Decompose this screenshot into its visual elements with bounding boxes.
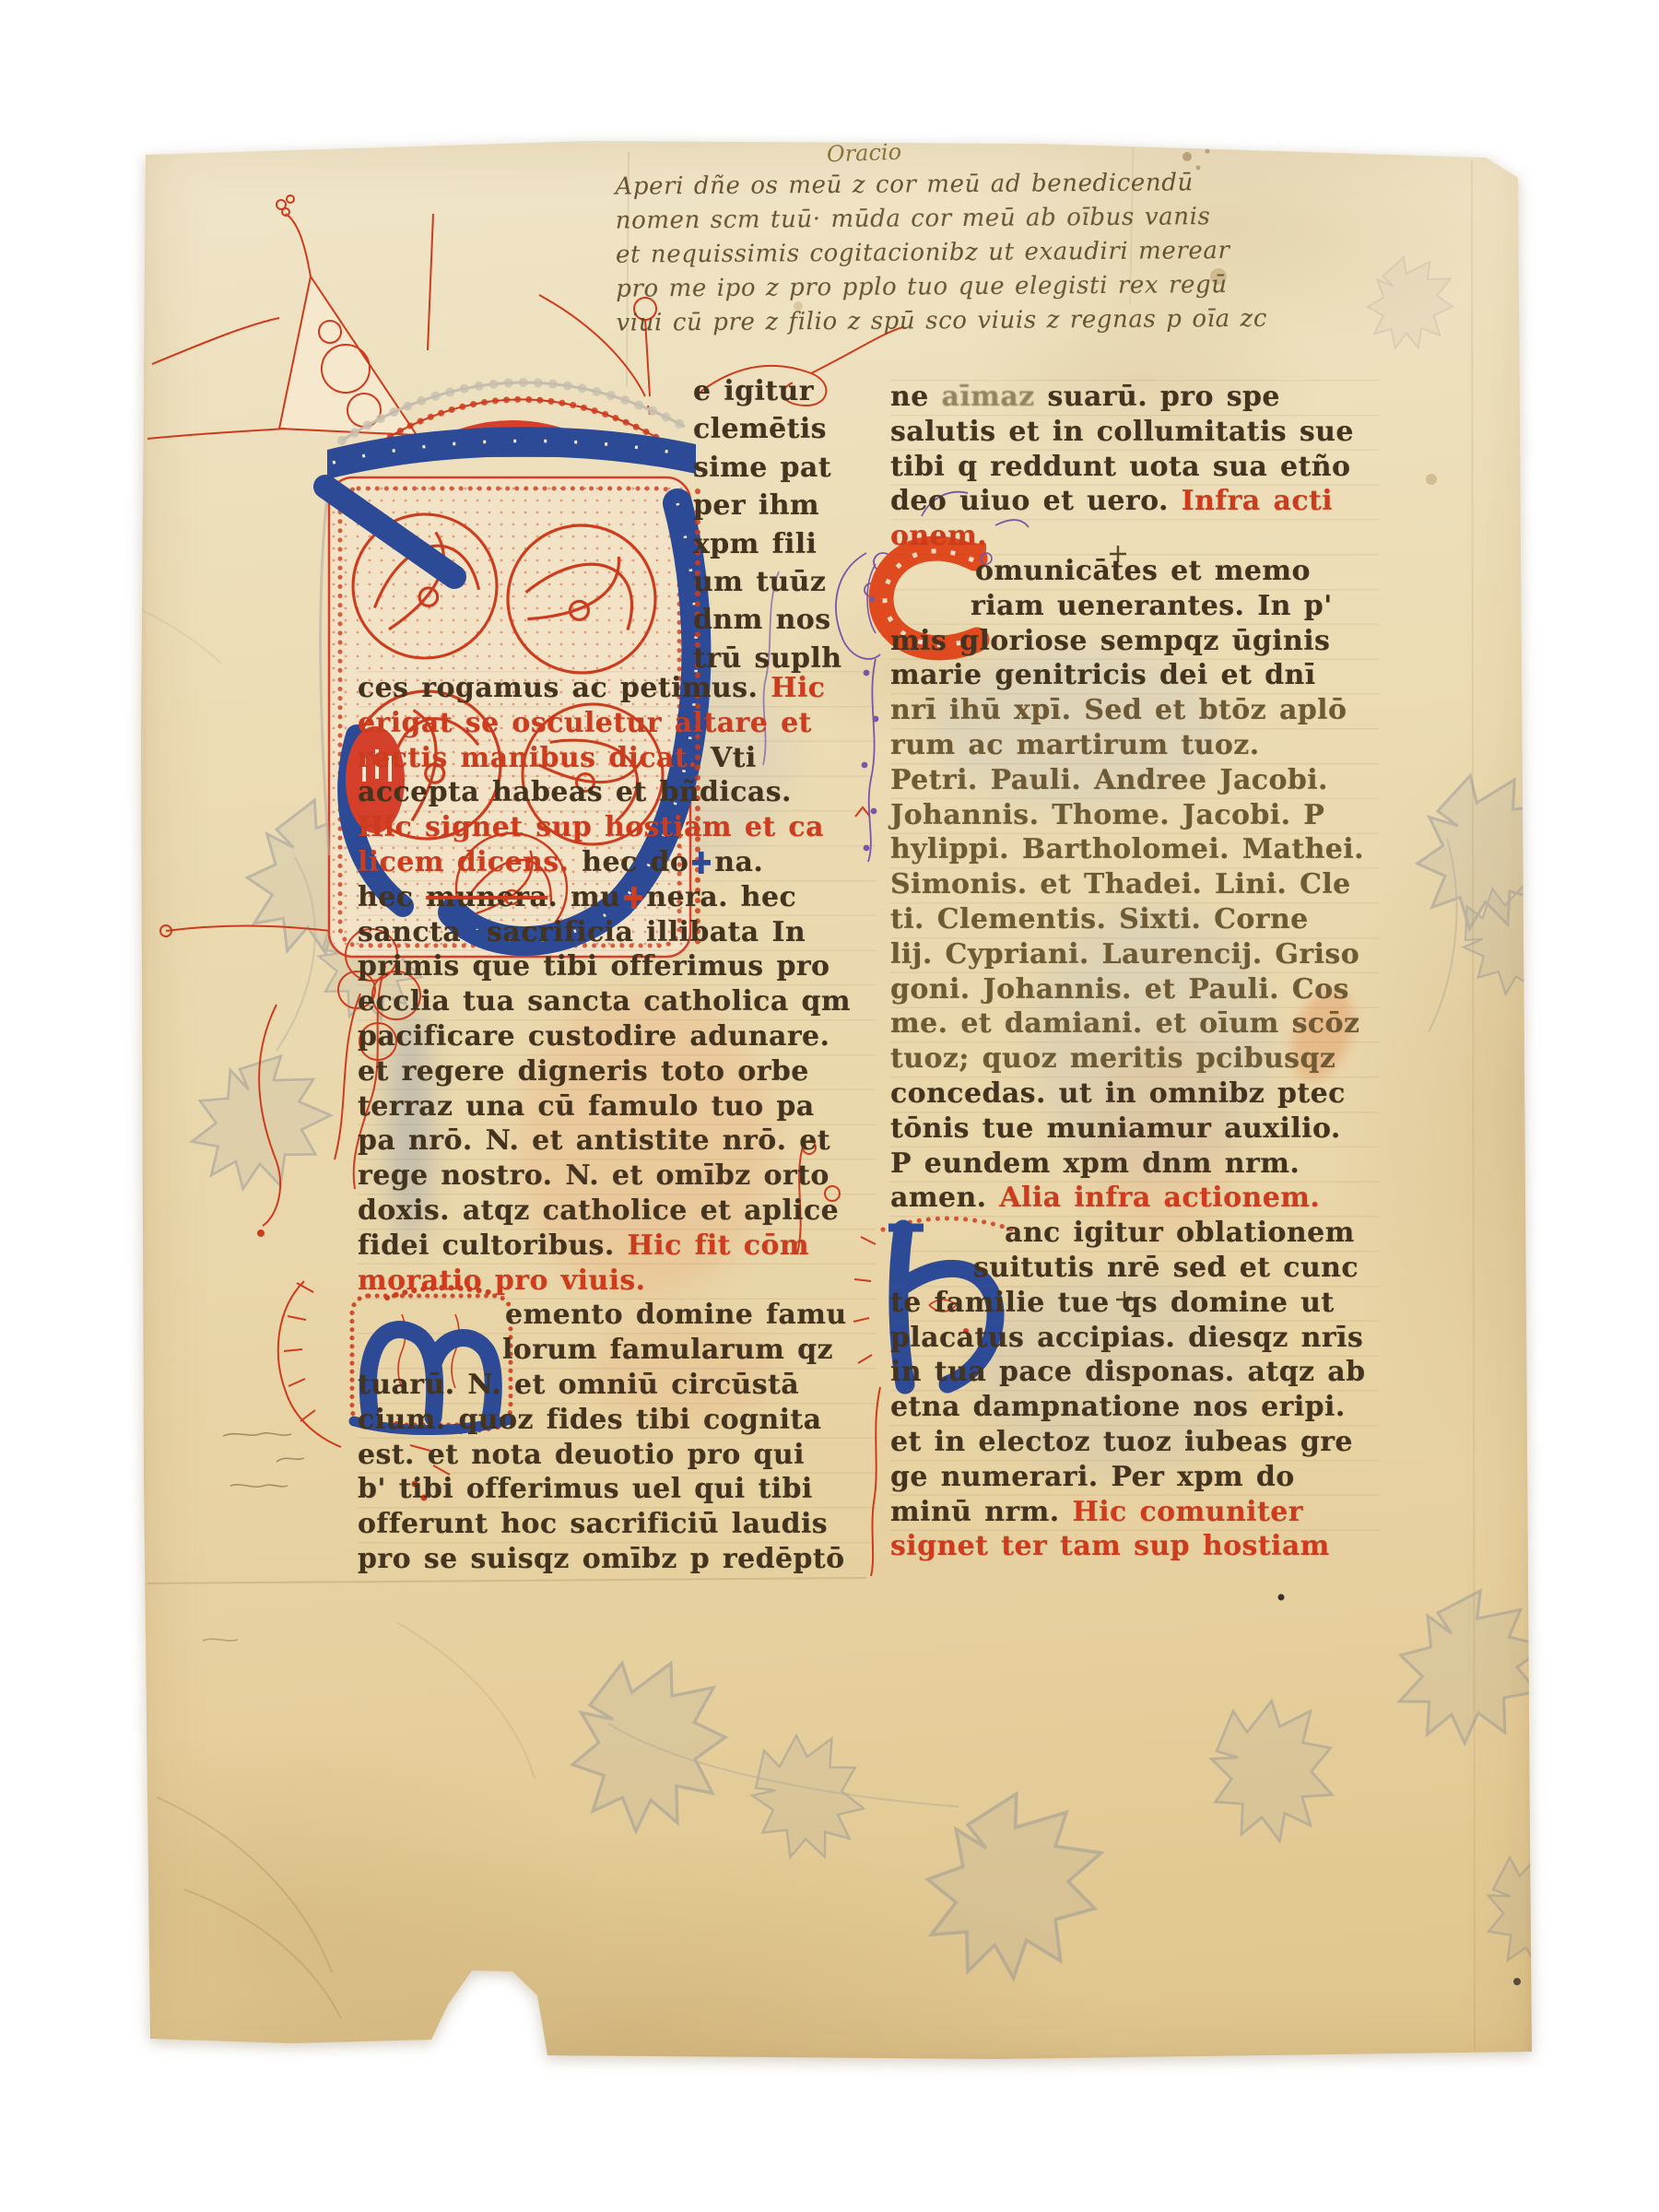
text-segment: tuarū. N. et omniū circūstā — [358, 1369, 799, 1401]
text-segment: suitutis nrē sed et cunc — [973, 1252, 1359, 1284]
text-line: emento domine famu — [358, 1298, 876, 1333]
text-line: clemētis — [693, 410, 876, 448]
leaf-shadow-wrap: Oracio Aperi dñe os meū z cor meū ad ben… — [0, 0, 1659, 2212]
text-segment: Hic comuniter — [1072, 1496, 1302, 1528]
text-line: suitutis nrē sed et cunc — [890, 1251, 1379, 1286]
text-segment: tōnis tue muniamur auxilio. — [890, 1112, 1341, 1145]
right-text-column: ne aīmaz suarū. pro spesalutis et in col… — [890, 380, 1379, 1564]
text-line: anc igitur oblationem — [890, 1216, 1379, 1251]
text-line: nrī ihū xpī. Sed et btōz aplō — [890, 693, 1379, 728]
text-line: amen. Alia infra actionem. — [890, 1181, 1379, 1216]
text-line: et regere digneris toto orbe — [358, 1054, 876, 1089]
text-segment: Alia infra actionem. — [999, 1182, 1320, 1214]
text-segment: pro se suisqz omībz p redēptō — [358, 1543, 845, 1575]
text-segment: moratio pro viuis. — [358, 1265, 646, 1297]
text-line: offerunt hoc sacrificiū laudis — [358, 1507, 876, 1542]
text-segment: hylippi. Bartholomei. Mathei. — [890, 833, 1364, 865]
text-segment: ne — [890, 381, 942, 413]
text-segment: ecclia tua sancta catholica qm — [358, 985, 851, 1018]
text-line: riam uenerantes. In p' — [890, 589, 1379, 624]
text-segment: etna dampnatione nos eripi. — [890, 1391, 1346, 1423]
text-segment: omunicātes et memo — [975, 555, 1311, 587]
text-segment: tibi q reddunt uota sua etño — [890, 451, 1350, 483]
text-line: dnm nos — [693, 601, 876, 639]
text-segment: ces rogamus ac petimus. — [358, 672, 771, 704]
text-line: doxis. atqz catholice et aplice — [358, 1194, 876, 1229]
text-segment: goni. Johannis. et Pauli. Cos — [890, 973, 1349, 1006]
text-segment: lij. Cypriani. Laurencij. Griso — [890, 938, 1359, 971]
text-segment: et regere digneris toto orbe — [358, 1055, 809, 1088]
text-segment: te familie tue qs domine ut — [890, 1287, 1335, 1319]
text-segment: b' tibi offerimus uel qui tibi — [358, 1473, 813, 1505]
text-line: per ihm — [693, 487, 876, 524]
text-line: goni. Johannis. et Pauli. Cos — [890, 972, 1379, 1007]
text-line: Johannis. Thome. Jacobi. P — [890, 798, 1379, 833]
text-segment: sancta — [358, 916, 461, 948]
left-text-column: ces rogamus ac petimus. Hicerigat se osc… — [358, 671, 876, 1577]
text-line: mis gloriose sempqz ūginis — [890, 624, 1379, 659]
text-line: nomen scm tuū· mūda cor meū ab oībus van… — [616, 199, 1316, 238]
text-line: b' tibi offerimus uel qui tibi — [358, 1472, 876, 1507]
text-segment: rege nostro. N. et omībz orto — [358, 1159, 829, 1192]
text-line: licem dicens. hec dona. — [358, 845, 876, 880]
text-segment: accepta habeas et bñdicas. — [358, 776, 792, 808]
text-line: et in electoz tuoz iubeas gre — [890, 1425, 1379, 1460]
text-segment: amen. — [890, 1182, 999, 1214]
text-line: marie genitricis dei et dnī — [890, 658, 1379, 693]
text-line: ne aīmaz suarū. pro spe — [890, 380, 1379, 415]
text-line: et nequissimis cogitacionibz ut exaudiri… — [616, 233, 1316, 272]
text-line: deo uiuo et uero. Infra acti — [890, 484, 1379, 519]
text-segment: emento domine famu — [505, 1299, 847, 1331]
text-line: placatus accipias. diesqz nrīs — [890, 1321, 1379, 1356]
text-line: etna dampnatione nos eripi. — [890, 1390, 1379, 1425]
text-line: rectis manibus dicat. Vti — [358, 741, 876, 776]
text-line: viui cū pre z filio z spū sco viuis z re… — [616, 301, 1316, 340]
cross-sign-icon — [624, 887, 642, 909]
text-line: primis que tibi offerimus pro — [358, 949, 876, 984]
text-segment: nrī ihū xpī. Sed et btōz aplō — [890, 694, 1347, 726]
text-line: omunicātes et memo — [890, 554, 1379, 589]
text-line: ces rogamus ac petimus. Hic — [358, 671, 876, 706]
text-line: te familie tue qs domine ut — [890, 1286, 1379, 1321]
text-line: hylippi. Bartholomei. Mathei. — [890, 832, 1379, 867]
text-line: lij. Cypriani. Laurencij. Griso — [890, 937, 1379, 972]
text-segment: pro me ipo z pro pplo tuo que elegisti r… — [616, 271, 1228, 303]
text-segment: per ihm — [693, 489, 819, 522]
text-segment: in tua pace disponas. atqz ab — [890, 1356, 1365, 1388]
text-line: tuoz; quoz meritis pcibusqz — [890, 1041, 1379, 1077]
text-line: est. et nota deuotio pro qui — [358, 1438, 876, 1473]
text-segment: suarū. pro spe — [1035, 381, 1280, 413]
text-line: ti. Clementis. Sixti. Corne — [890, 902, 1379, 937]
text-line: pro me ipo z pro pplo tuo que elegisti r… — [616, 267, 1316, 306]
text-segment: primis que tibi offerimus pro — [358, 950, 829, 982]
text-line: terraz una cū famulo tuo pa — [358, 1089, 876, 1124]
text-line: sanctasacrificia illibata In — [358, 915, 876, 950]
text-segment: ti. Clementis. Sixti. Corne — [890, 903, 1309, 935]
text-segment: riam uenerantes. In p' — [971, 590, 1333, 622]
text-line: me. et damiani. et oīum scōz — [890, 1006, 1379, 1041]
text-segment: Simonis. et Thadei. Lini. Cle — [890, 868, 1351, 900]
text-segment: tuoz; quoz meritis pcibusqz — [890, 1042, 1335, 1075]
text-segment: trū suplh — [693, 642, 841, 675]
manuscript-leaf: Oracio Aperi dñe os meū z cor meū ad ben… — [138, 129, 1535, 2065]
text-segment: hec — [358, 881, 426, 913]
text-segment: onem. — [890, 520, 987, 552]
text-line: Petri. Pauli. Andree Jacobi. — [890, 763, 1379, 798]
text-line: tōnis tue muniamur auxilio. — [890, 1112, 1379, 1147]
text-line: pa nrō. N. et antistite nrō. et — [358, 1124, 876, 1159]
left-column-indent-text: e igiturclemētissime patper ihmxpm filiu… — [358, 372, 876, 677]
text-segment: sacrificia illibata In — [487, 916, 806, 948]
text-segment: minū nrm. — [890, 1496, 1072, 1528]
text-segment: me. et damiani. et oīum scōz — [890, 1007, 1359, 1040]
text-segment: clemētis — [693, 413, 827, 445]
text-segment: xpm fili — [693, 528, 817, 560]
text-segment: placatus accipias. diesqz nrīs — [890, 1322, 1363, 1354]
text-segment: Johannis. Thome. Jacobi. P — [890, 799, 1324, 831]
text-segment: munera — [426, 881, 547, 913]
text-line: erigat se osculetur altare et — [358, 706, 876, 741]
text-segment: Vti — [711, 742, 757, 774]
text-segment: viui cū pre z filio z spū sco viuis z re… — [616, 305, 1267, 337]
text-segment: um tuūz — [693, 566, 826, 598]
text-segment: rectis manibus dicat. — [358, 742, 711, 774]
text-line: Hic signet sup hostiam et ca — [358, 810, 876, 845]
text-segment: signet ter tam sup hostiam — [890, 1530, 1330, 1562]
text-segment: Infra acti — [1182, 485, 1333, 517]
marginal-gloss — [203, 1433, 304, 1641]
text-line: in tua pace disponas. atqz ab — [890, 1355, 1379, 1390]
text-segment: doxis. atqz catholice et aplice — [358, 1194, 839, 1227]
text-segment: Hic signet sup hostiam et ca — [358, 811, 824, 843]
text-segment: est. et nota deuotio pro qui — [358, 1439, 805, 1471]
text-segment: Hic fit cōm — [628, 1230, 809, 1262]
text-segment: pa nrō. N. et antistite nrō. et — [358, 1124, 830, 1157]
text-segment: nomen scm tuū· mūda cor meū ab oībus van… — [616, 203, 1211, 235]
text-segment: Hic — [771, 672, 825, 704]
text-segment: pacificare custodire adunare. — [358, 1020, 829, 1053]
text-segment: . mu — [547, 881, 620, 913]
text-segment: nera. hec — [646, 881, 796, 913]
text-segment: licem dicens. — [358, 846, 582, 878]
text-line: P eundem xpm dnm nrm. — [890, 1147, 1379, 1182]
text-segment: rum ac martirum tuoz. — [890, 729, 1260, 761]
text-line: tuarū. N. et omniū circūstā — [358, 1368, 876, 1403]
text-line: onem. — [890, 519, 1379, 554]
text-line: rege nostro. N. et omībz orto — [358, 1159, 876, 1194]
text-segment: e igitur — [693, 375, 814, 407]
text-line: concedas. ut in omnibz ptec — [890, 1077, 1379, 1112]
text-segment: deo uiuo et uero. — [890, 485, 1182, 517]
text-segment: Aperi dñe os meū z cor meū ad benedicend… — [615, 169, 1194, 200]
text-line: salutis et in collumitatis sue — [890, 415, 1379, 450]
text-segment: et nequissimis cogitacionibz ut exaudiri… — [616, 237, 1230, 269]
text-segment: terraz una cū famulo tuo pa — [358, 1090, 815, 1123]
text-segment: lorum famularum qz — [502, 1334, 833, 1366]
text-segment: anc igitur oblationem — [1005, 1217, 1355, 1249]
text-line: ge numerari. Per xpm do — [890, 1460, 1379, 1495]
text-segment: marie genitricis dei et dnī — [890, 659, 1316, 691]
text-line: sime pat — [693, 449, 876, 487]
text-segment: fidei cultoribus. — [358, 1230, 628, 1262]
text-line: accepta habeas et bñdicas. — [358, 775, 876, 810]
cross-sign-icon — [692, 852, 711, 874]
text-segment: cium. quoz fides tibi cognita — [358, 1404, 822, 1436]
text-line: hec munera. munera. hec — [358, 880, 876, 915]
text-segment: aīmaz — [942, 381, 1035, 413]
text-segment: P eundem xpm dnm nrm. — [890, 1147, 1300, 1180]
text-line: pro se suisqz omībz p redēptō — [358, 1542, 876, 1577]
text-line: moratio pro viuis. — [358, 1264, 876, 1299]
text-line: fidei cultoribus. Hic fit cōm — [358, 1229, 876, 1264]
text-line: Simonis. et Thadei. Lini. Cle — [890, 867, 1379, 902]
header-prayer: Aperi dñe os meū z cor meū ad benedicend… — [615, 165, 1316, 340]
text-line: e igitur — [693, 372, 876, 410]
text-line: um tuūz — [693, 563, 876, 601]
text-segment: hec do — [582, 846, 688, 878]
text-segment: et in electoz tuoz iubeas gre — [890, 1426, 1353, 1458]
cross-sign-icon — [465, 922, 483, 944]
text-line: Aperi dñe os meū z cor meū ad benedicend… — [615, 165, 1315, 204]
text-segment: mis gloriose sempqz ūginis — [890, 625, 1330, 657]
text-line: rum ac martirum tuoz. — [890, 728, 1379, 763]
text-line: minū nrm. Hic comuniter — [890, 1495, 1379, 1530]
text-segment: erigat se osculetur altare et — [358, 707, 812, 739]
oracio-label: Oracio — [827, 139, 902, 168]
text-segment: salutis et in collumitatis sue — [890, 416, 1354, 448]
text-segment: dnm nos — [693, 604, 831, 636]
text-line: tibi q reddunt uota sua etño — [890, 450, 1379, 485]
text-line: lorum famularum qz — [358, 1333, 876, 1368]
text-segment: ge numerari. Per xpm do — [890, 1461, 1295, 1493]
text-line: ecclia tua sancta catholica qm — [358, 984, 876, 1019]
manuscript-photo: Oracio Aperi dñe os meū z cor meū ad ben… — [0, 0, 1659, 2212]
text-line: xpm fili — [693, 525, 876, 563]
text-segment: concedas. ut in omnibz ptec — [890, 1077, 1346, 1110]
text-segment: Petri. Pauli. Andree Jacobi. — [890, 764, 1328, 796]
text-segment: na. — [714, 846, 763, 878]
text-segment: offerunt hoc sacrificiū laudis — [358, 1508, 828, 1540]
text-line: pacificare custodire adunare. — [358, 1019, 876, 1054]
text-line: signet ter tam sup hostiam — [890, 1529, 1379, 1564]
text-line: cium. quoz fides tibi cognita — [358, 1403, 876, 1438]
text-segment: sime pat — [693, 452, 831, 484]
